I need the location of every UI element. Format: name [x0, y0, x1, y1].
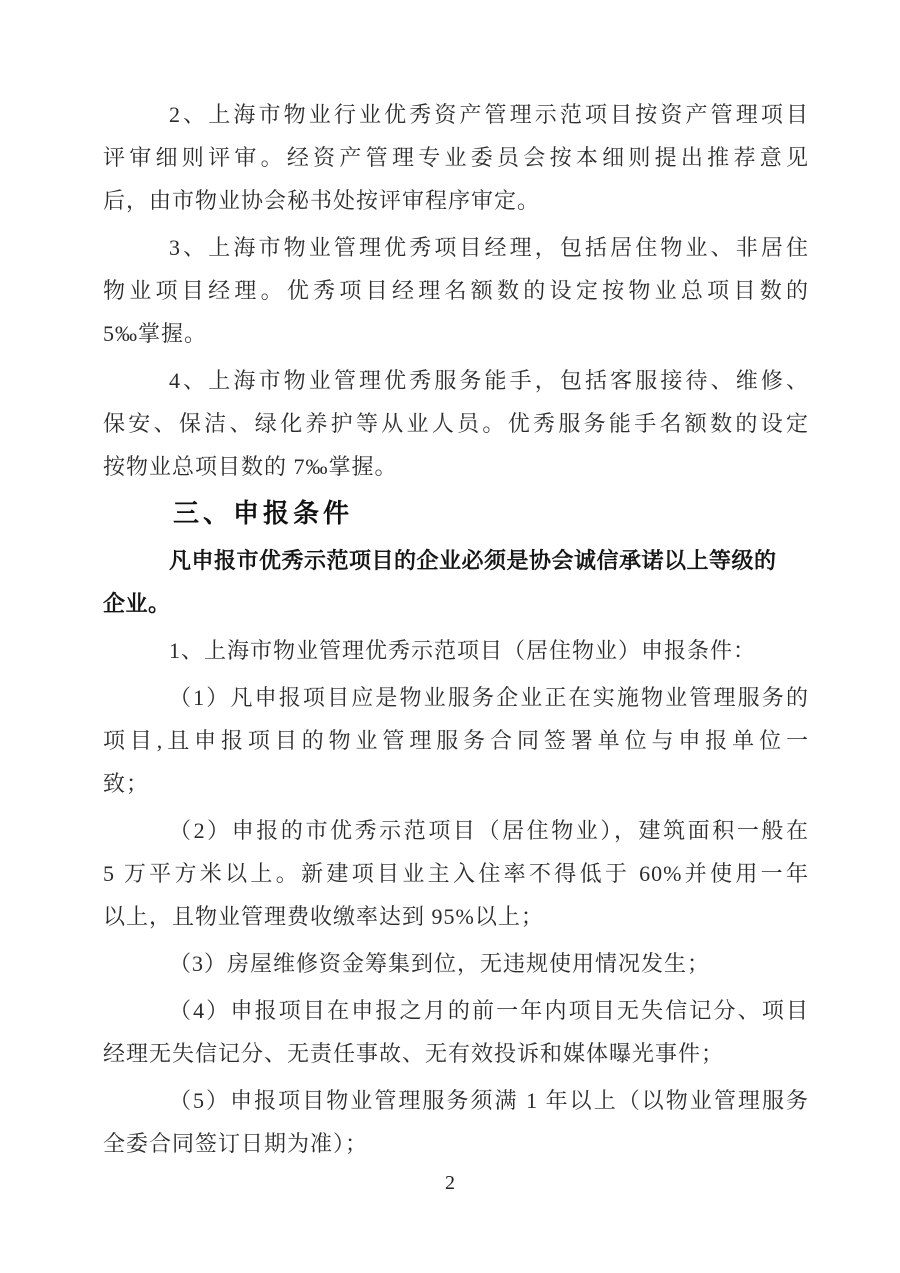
text-line: 保安、保洁、绿化养护等从业人员。优秀服务能手名额数的设定 [103, 402, 809, 445]
para-condition-1: （1）凡申报项目应是物业服务企业正在实施物业管理服务的项目,且申报项目的物业管理… [103, 676, 809, 805]
text-line: 以上，且物业管理费收缴率达到 95%以上； [103, 895, 809, 938]
text-line: （2）申报的市优秀示范项目（居住物业），建筑面积一般在 [103, 809, 809, 852]
text-line: 企业。 [103, 582, 809, 625]
text-line: 凡申报市优秀示范项目的企业必须是协会诚信承诺以上等级的 [103, 539, 809, 582]
text-line: 4、上海市物业管理优秀服务能手，包括客服接待、维修、 [103, 359, 809, 402]
text-line: 3、上海市物业管理优秀项目经理，包括居住物业、非居住 [103, 226, 809, 269]
text-line: （5）申报项目物业管理服务须满 1 年以上（以物业管理服务 [103, 1079, 809, 1122]
para-sub-1-residential-conditions: 1、上海市物业管理优秀示范项目（居住物业）申报条件： [103, 629, 809, 672]
text-line: 1、上海市物业管理优秀示范项目（居住物业）申报条件： [103, 629, 809, 672]
text-line: 2、上海市物业行业优秀资产管理示范项目按资产管理项目 [103, 93, 809, 136]
para-item-2-asset-projects: 2、上海市物业行业优秀资产管理示范项目按资产管理项目评审细则评审。经资产管理专业… [103, 93, 809, 222]
text-line: 评审细则评审。经资产管理专业委员会按本细则提出推荐意见 [103, 136, 809, 179]
text-line: （1）凡申报项目应是物业服务企业正在实施物业管理服务的 [103, 676, 809, 719]
para-condition-3: （3）房屋维修资金筹集到位，无违规使用情况发生； [103, 942, 809, 985]
text-line: 全委合同签订日期为准）； [103, 1122, 809, 1165]
text-line: 致； [103, 762, 809, 805]
para-item-4-service-experts: 4、上海市物业管理优秀服务能手，包括客服接待、维修、保安、保洁、绿化养护等从业人… [103, 359, 809, 488]
text-line: 后，由市物业协会秘书处按评审程序审定。 [103, 179, 809, 222]
section-heading-3-application-conditions: 三、申报条件 [103, 492, 809, 535]
document-body: 2、上海市物业行业优秀资产管理示范项目按资产管理项目评审细则评审。经资产管理专业… [103, 93, 809, 1169]
document-page: 2、上海市物业行业优秀资产管理示范项目按资产管理项目评审细则评审。经资产管理专业… [0, 0, 900, 1273]
text-line: 5‰掌握。 [103, 312, 809, 355]
text-line: 按物业总项目数的 7‰掌握。 [103, 445, 809, 488]
para-item-3-project-managers: 3、上海市物业管理优秀项目经理，包括居住物业、非居住物业项目经理。优秀项目经理名… [103, 226, 809, 355]
text-line: 5 万平方米以上。新建项目业主入住率不得低于 60%并使用一年 [103, 852, 809, 895]
text-line: 经理无失信记分、无责任事故、无有效投诉和媒体曝光事件； [103, 1032, 809, 1075]
para-condition-4: （4）申报项目在申报之月的前一年内项目无失信记分、项目经理无失信记分、无责任事故… [103, 989, 809, 1075]
text-line: （4）申报项目在申报之月的前一年内项目无失信记分、项目 [103, 989, 809, 1032]
text-line: （3）房屋维修资金筹集到位，无违规使用情况发生； [103, 942, 809, 985]
text-line: 项目,且申报项目的物业管理服务合同签署单位与申报单位一 [103, 719, 809, 762]
text-line: 物业项目经理。优秀项目经理名额数的设定按物业总项目数的 [103, 269, 809, 312]
page-number: 2 [0, 1172, 900, 1195]
para-integrity-requirement: 凡申报市优秀示范项目的企业必须是协会诚信承诺以上等级的企业。 [103, 539, 809, 625]
para-condition-5: （5）申报项目物业管理服务须满 1 年以上（以物业管理服务全委合同签订日期为准）… [103, 1079, 809, 1165]
para-condition-2: （2）申报的市优秀示范项目（居住物业），建筑面积一般在5 万平方米以上。新建项目… [103, 809, 809, 938]
text-line: 三、申报条件 [103, 492, 809, 535]
